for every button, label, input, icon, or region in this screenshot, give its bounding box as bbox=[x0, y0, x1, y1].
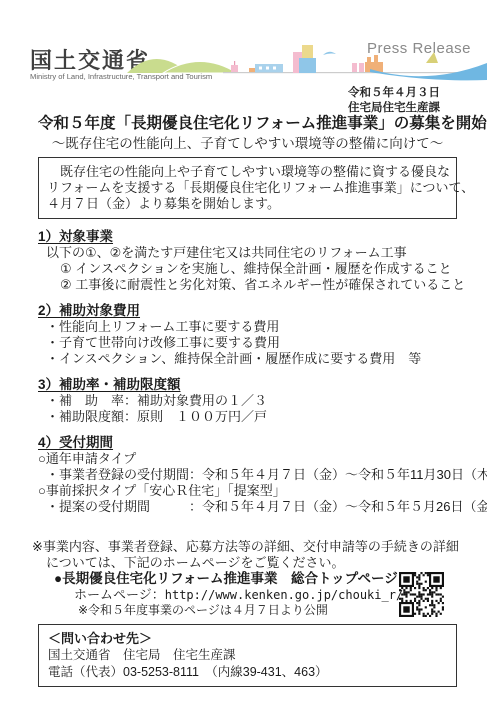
qr-code bbox=[399, 572, 444, 617]
text-line: ② 工事後に耐震性と劣化対策、省エネルギー性が確保されていること bbox=[60, 277, 457, 293]
summary-box: 既存住宅の性能向上や子育てしやすい環境等の整備に資する優良な リフォームを支援す… bbox=[38, 157, 457, 219]
contact-heading: ＜問い合わせ先＞ bbox=[48, 630, 447, 647]
page-title: 令和５年度「長期優良住宅化リフォーム推進事業」の募集を開始します! bbox=[38, 114, 457, 134]
contact-phone: 電話（代表）03-5253-8111 （内線39-431、463） bbox=[48, 664, 447, 681]
contact-organization: 国土交通省 住宅局 住宅生産課 bbox=[48, 647, 447, 664]
buildings-icon bbox=[231, 45, 364, 73]
section-heading-target-projects: 1）対象事業 bbox=[38, 228, 457, 245]
section-heading-subsidy-rate: 3）補助率・補助限度額 bbox=[38, 376, 457, 393]
boat-icon bbox=[426, 52, 438, 63]
text-line: ・子育て世帯向け改修工事に要する費用 bbox=[46, 335, 457, 351]
text-line: 以下の①、②を満たす戸建住宅又は共同住宅のリフォーム工事 bbox=[46, 245, 457, 261]
text-line: ① インスペクションを実施し、維持保全計画・履歴を作成すること bbox=[60, 261, 457, 277]
text-line: リフォームを支援する「長期優良住宅化リフォーム推進事業」について、 bbox=[47, 180, 448, 196]
text-line: については、下記のホームページをご覧ください。 bbox=[46, 555, 457, 571]
date-department-block: 令和５年４月３日 住宅局住宅生産課 bbox=[348, 86, 440, 115]
section-heading-application-period: 4）受付期間 bbox=[38, 434, 457, 451]
homepage-url-link[interactable]: http://www.kenken.go.jp/chouki_r/ bbox=[165, 588, 403, 602]
text-line: ○事前採択タイプ「安心Ｒ住宅」「提案型」 bbox=[38, 483, 457, 499]
homepage-url-label: ホームページ： bbox=[74, 587, 165, 602]
text-line: 既存住宅の性能向上や子育てしやすい環境等の整備に資する優良な bbox=[47, 164, 448, 180]
text-line: ○通年申請タイプ bbox=[38, 451, 457, 467]
hills-icon bbox=[127, 59, 237, 73]
contact-box: ＜問い合わせ先＞ 国土交通省 住宅局 住宅生産課 電話（代表）03-5253-8… bbox=[38, 624, 457, 687]
text-line: ・インスペクション、維持保全計画・履歴作成に要する費用 等 bbox=[46, 351, 457, 367]
notes-block: ※事業内容、事業者登録、応募方法等の詳細、交付申請等の手続きの詳細 については、… bbox=[38, 539, 457, 571]
text-line: ４月７日（金）より募集を開始します。 bbox=[47, 196, 448, 212]
text-line: ・提案の受付期間 ：令和５年４月７日（金）～令和５年５月26日（金） bbox=[46, 499, 457, 515]
skyline-illustration bbox=[118, 38, 487, 82]
bird-icon bbox=[323, 52, 336, 55]
page-subtitle: ～既存住宅の性能向上、子育てしやすい環境等の整備に向けて～ bbox=[38, 134, 457, 153]
release-date: 令和５年４月３日 bbox=[348, 86, 440, 101]
text-line: ・事業者登録の受付期間：令和５年４月７日（金）～令和５年11月30日（木） bbox=[46, 467, 457, 483]
text-line: ※事業内容、事業者登録、応募方法等の詳細、交付申請等の手続きの詳細 bbox=[32, 539, 457, 555]
section-heading-subsidized-costs: 2）補助対象費用 bbox=[38, 302, 457, 319]
homepage-title: ●長期優良住宅化リフォーム推進事業 総合トップページ bbox=[54, 571, 457, 587]
press-release-page: 国土交通省 Ministry of Land, Infrastructure, … bbox=[0, 0, 487, 715]
text-line: ・補 助 率：補助対象費用の１／３ bbox=[46, 393, 457, 409]
ship-icon bbox=[365, 55, 383, 72]
department: 住宅局住宅生産課 bbox=[348, 101, 440, 116]
wave-icon bbox=[370, 63, 487, 80]
text-line: ・性能向上リフォーム工事に要する費用 bbox=[46, 319, 457, 335]
text-line: ・補助限度額：原則 １００万円／戸 bbox=[46, 409, 457, 425]
